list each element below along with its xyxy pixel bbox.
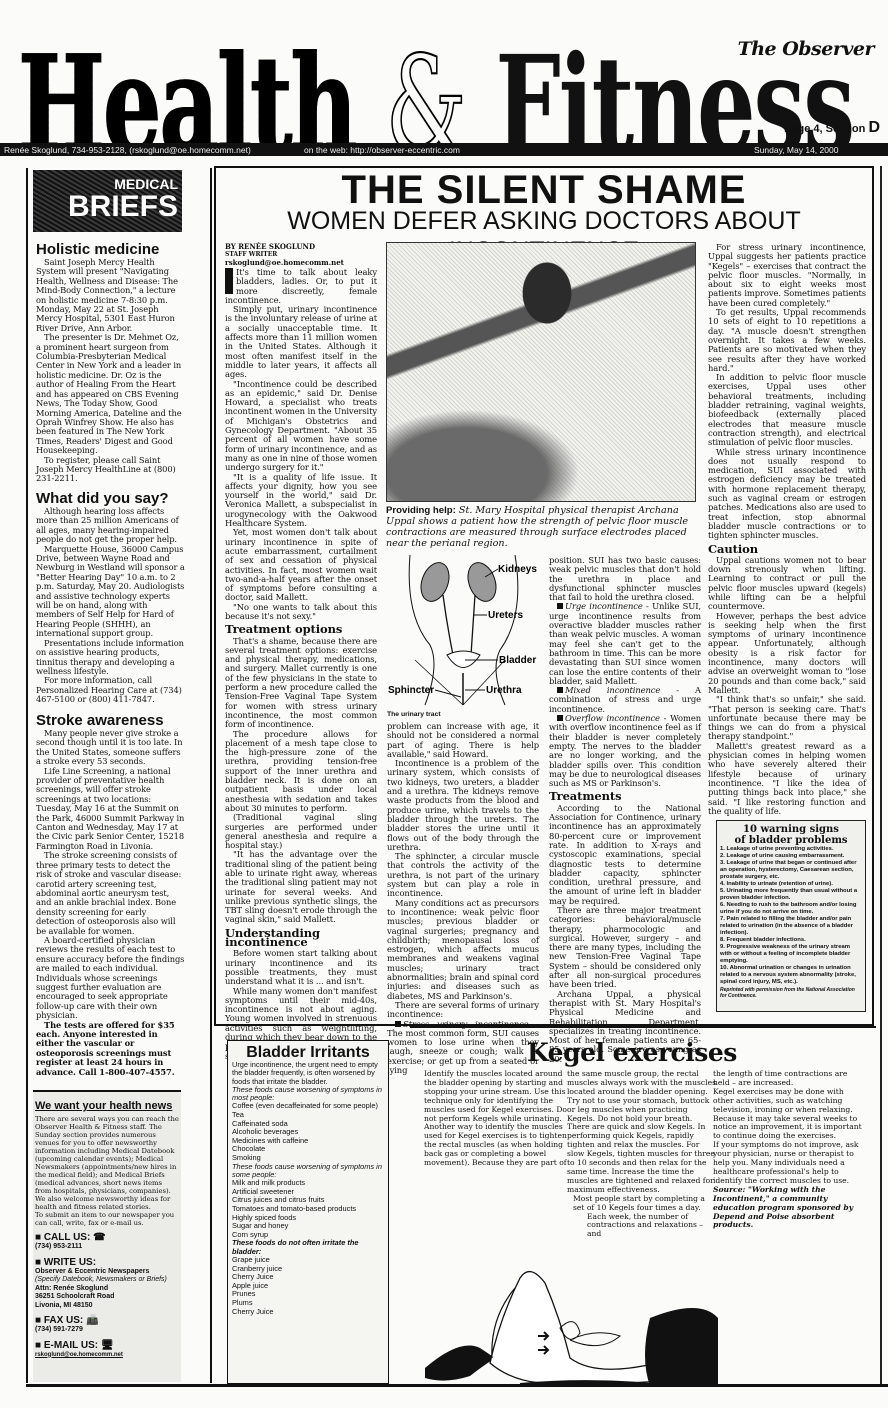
diagram-label-bladder: Bladder (499, 655, 536, 666)
brief-paragraph: Marquette House, 36000 Campus Drive, bet… (36, 545, 186, 639)
irritants-group-label: These foods cause worsening of symptoms … (232, 1163, 384, 1180)
warning-sign-item: 4. Inability to urinate (retention of ur… (720, 881, 862, 888)
article-paragraph: - Women with overflow incontinence feel … (549, 713, 701, 788)
article-paragraph: position. SUI has two basic causes: weak… (549, 556, 701, 602)
article-paragraph: There are three major treatment categori… (549, 906, 701, 990)
article-lead: It's time to talk about leaky bladders, … (225, 267, 377, 305)
non-irritant-item: Cherry Juice (232, 1308, 384, 1317)
banner-briefs: BRIEFS (33, 192, 178, 222)
article-paragraph: However, perhaps the best advice is seek… (708, 612, 866, 696)
write-us-line: (Specify Datebook, Newsmakers or Briefs) (33, 1276, 181, 1285)
irritants-group-label: These foods do not often irritate the bl… (232, 1239, 384, 1256)
bullet-square-icon (395, 1021, 401, 1027)
kegel-paragraph: If your symptoms do not improve, ask you… (713, 1141, 863, 1186)
write-us-line: Observer & Eccentric Newspapers (33, 1268, 181, 1277)
therapist-patient-photo (386, 242, 696, 502)
article-column-2: problem can increase with age, it should… (387, 722, 539, 1075)
email-us-label: ■ E-MAIL US: 🖥 (33, 1340, 181, 1351)
write-us-line: 36251 Schoolcraft Road (33, 1293, 181, 1302)
call-us-number[interactable]: (734) 953-2111 (33, 1243, 181, 1252)
brief-paragraph: Life Line Screening, a national provider… (36, 767, 186, 852)
editor-contact: Renée Skoglund, 734-953-2128, (rskoglund… (4, 145, 304, 155)
brief-paragraph: Presentations include information on ass… (36, 639, 186, 677)
section-title-ampersand: & (385, 28, 465, 183)
kegel-paragraph: the same muscle group, the rectal muscle… (567, 1070, 717, 1097)
bladder-irritants-box: Bladder Irritants Urge incontinence, the… (227, 1040, 389, 1384)
byline-author: BY RENÉE SKOGLUND (225, 243, 344, 251)
brief-paragraph: Although hearing loss affects more than … (36, 507, 186, 545)
issue-date: Sunday, May 14, 2000 (754, 145, 838, 155)
kegel-title: Kegel exercises (527, 1038, 737, 1067)
byline: BY RENÉE SKOGLUND STAFF WRITER rskoglund… (225, 243, 344, 267)
article-paragraph: That's a shame, because there are severa… (225, 637, 377, 730)
diagram-label-kidneys: Kidneys (498, 564, 537, 575)
article-paragraph: In addition to pelvic floor muscle exerc… (708, 373, 866, 447)
brief-what-did-you-say: What did you say? Although hearing loss … (36, 490, 186, 705)
phone-icon: ☎ (93, 1232, 105, 1243)
warning-sign-item: 6. Needing to rush to the bathroom and/o… (720, 902, 862, 916)
kegel-section-rule (410, 1026, 876, 1028)
page-section: Page 4, Section D (784, 119, 880, 137)
fax-icon: 📠 (86, 1315, 98, 1326)
brief-paragraph: Saint Joseph Mercy Health System will pr… (36, 258, 186, 333)
write-us-line: Livonia, MI 48150 (33, 1302, 181, 1311)
warning-sign-item: 10. Abnormal urination or changes in uri… (720, 965, 862, 986)
diagram-label-urethra: Urethra (486, 685, 522, 696)
kegel-column-3: the length of time contractions are held… (713, 1070, 863, 1230)
website-link[interactable]: on the web: http://observer-eccentric.co… (304, 145, 754, 155)
kegel-paragraph: Try not to use your stomach, buttock or … (567, 1097, 717, 1124)
kegel-paragraph: the length of time contractions are held… (713, 1070, 863, 1088)
photo-caption: Providing help: St. Mary Hospital physic… (386, 505, 706, 549)
brief-paragraph: A board-certified physician reviews the … (36, 936, 186, 1021)
article-paragraph: "It has the advantage over the tradition… (225, 850, 377, 924)
fax-us-number: (734) 591-7279 (33, 1326, 181, 1335)
kegel-paragraph: Another way to identify the muscles used… (424, 1123, 574, 1168)
article-paragraph: Simply put, urinary incontinence is the … (225, 305, 377, 379)
kegel-column-2: the same muscle group, the rectal muscle… (567, 1070, 717, 1239)
news-box-text: We also welcome newsworthy ideas for hea… (33, 1195, 181, 1211)
news-box-text: There are several ways you can reach the… (33, 1115, 181, 1195)
article-paragraph: (Traditional vaginal sling surgeries are… (225, 813, 377, 850)
kegel-paragraph: Because it may take several weeks to not… (713, 1115, 863, 1142)
subheading-understanding-incontinence: Understanding incontinence (225, 929, 377, 948)
bullet-square-icon (557, 603, 563, 609)
article-paragraph: Incontinence is a problem of the urinary… (387, 759, 539, 852)
info-bar: Renée Skoglund, 734-953-2128, (rskoglund… (0, 143, 888, 156)
kegel-source: Source: "Working with the Incontinent," … (713, 1186, 863, 1231)
diagram-label-sphincter: Sphincter (388, 685, 434, 696)
brief-paragraph: The presenter is Dr. Mehmet Oz, a promin… (36, 333, 186, 455)
article-paragraph: "No one wants to talk about this because… (225, 603, 377, 622)
kegel-paragraph: Kegel exercises may be done with other a… (713, 1088, 863, 1115)
article-paragraph: "I think that's so unfair," she said. "T… (708, 695, 866, 741)
page-bottom-rule (26, 1384, 888, 1387)
article-column-1: It's time to talk about leaky bladders, … (225, 268, 377, 1070)
bullet-square-icon (557, 715, 563, 721)
warning-signs-source: Reprinted with permission from the Natio… (720, 987, 862, 999)
brief-heading: Holistic medicine (36, 241, 186, 258)
subheading-treatment-options: Treatment options (225, 625, 377, 634)
subheading-caution: Caution (708, 545, 866, 554)
kegel-illustration (420, 1258, 720, 1386)
article-paragraph: - Unlike SUI, urge incontinence results … (549, 601, 701, 685)
drop-cap (225, 268, 233, 294)
kegel-column-1: Identify the muscles located around the … (424, 1070, 574, 1168)
fax-us-label: ■ FAX US: 📠 (33, 1315, 181, 1326)
article-paragraph: While stress urinary incontinence does n… (708, 448, 866, 541)
newspaper-name: The Observer (738, 38, 874, 60)
article-paragraph: Yet, most women don't talk about urinary… (225, 528, 377, 602)
brief-heading: What did you say? (36, 490, 186, 507)
brief-heading: Stroke awareness (36, 712, 186, 729)
kegel-paragraph: Each week, the number of contractions an… (567, 1213, 717, 1240)
article-paragraph: Before women start talking about urinary… (225, 949, 377, 986)
article-column-4: For stress urinary incontinence, Uppal s… (708, 243, 866, 816)
article-paragraph: Uppal cautions women not to bear down st… (708, 556, 866, 612)
computer-icon: 🖥 (101, 1340, 114, 1351)
brief-paragraph: The tests are offered for $35 each. Anyo… (36, 1021, 186, 1077)
article-paragraph: The sphincter, a circular muscle that co… (387, 852, 539, 898)
kegel-paragraph: There are quick and slow Kegels. In perf… (567, 1123, 717, 1194)
urinary-tract-diagram: Kidneys Ureters Bladder Urethra Sphincte… (385, 555, 545, 710)
byline-email[interactable]: rskoglund@oe.homecomm.net (225, 259, 344, 267)
warning-signs-list: 1. Leakage of urine preventing activitie… (720, 846, 862, 986)
warning-sign-item: 7. Pain related to filling the bladder a… (720, 916, 862, 937)
kegel-paragraph: Most people start by completing a set of… (567, 1195, 717, 1213)
page-right-border (880, 166, 882, 1386)
article-paragraph: For stress urinary incontinence, Uppal s… (708, 243, 866, 308)
warning-sign-item: 8. Frequent bladder infections. (720, 937, 862, 944)
brief-holistic-medicine: Holistic medicine Saint Joseph Mercy Hea… (36, 241, 186, 484)
article-paragraph: According to the National Association fo… (549, 804, 701, 906)
article-paragraph: problem can increase with age, it should… (387, 722, 539, 759)
warning-sign-item: 5. Urinating more frequently than usual … (720, 888, 862, 902)
brief-paragraph: For more information, call Personalized … (36, 676, 186, 704)
kegel-paragraph: Identify the muscles located around the … (424, 1070, 574, 1123)
news-box-heading: We want your health news (35, 1100, 181, 1112)
article-paragraph: To get results, Uppal recommends 10 sets… (708, 308, 866, 373)
brief-paragraph: To register, please call Saint Joseph Me… (36, 456, 186, 484)
diagram-label-ureters: Ureters (488, 610, 523, 621)
article-paragraph: "Incontinence could be described as an e… (225, 380, 377, 473)
article-column-3: position. SUI has two basic causes: weak… (549, 556, 701, 1064)
call-us-label: ■ CALL US: ☎ (33, 1232, 181, 1243)
irritants-title: Bladder Irritants (232, 1044, 384, 1061)
news-box-text: To submit an item to our newspaper you c… (33, 1211, 181, 1227)
email-us-address[interactable]: rskoglund@oe.homecomm.net (33, 1351, 181, 1360)
page-label: Page 4, Section (784, 123, 865, 135)
write-us-label: ■ WRITE US: (33, 1257, 181, 1268)
write-us-line: Attn: Renée Skoglund (33, 1285, 181, 1294)
non-irritant-item: Prunes (232, 1290, 384, 1299)
section-title-health: Health (18, 26, 355, 183)
bullet-square-icon (557, 687, 563, 693)
irritant-item: Coffee (even decaffeinated for some peop… (232, 1102, 384, 1111)
subheading-treatments: Treatments (549, 792, 701, 801)
brief-paragraph: Many people never give stroke a second t… (36, 729, 186, 767)
brief-paragraph: The stroke screening consists of three p… (36, 851, 186, 936)
warning-sign-item: 3. Leakage of urine that began or contin… (720, 860, 862, 881)
irritants-group-label: These foods cause worsening of symptoms … (232, 1086, 384, 1103)
article-paragraph: There are several forms of urinary incon… (387, 1001, 539, 1020)
warning-sign-item: 2. Leakage of urine causing embarrassmen… (720, 853, 862, 860)
article-paragraph: Many conditions act as precursors to inc… (387, 899, 539, 1001)
medical-briefs-banner: MEDICAL BRIEFS (33, 170, 182, 232)
irritants-intro: Urge incontinence, the urgent need to em… (232, 1061, 384, 1086)
health-news-submission-box: We want your health news There are sever… (33, 1090, 181, 1382)
warning-sign-item: 9. Progressive weakness of the urinary s… (720, 944, 862, 965)
warning-signs-title-1: 10 warning signs (720, 824, 862, 835)
article-paragraph: "It is a quality of life issue. It affec… (225, 473, 377, 529)
photo-caption-label: Providing help: (386, 505, 456, 516)
warning-signs-title-2: of bladder problems (720, 835, 862, 846)
brief-stroke-awareness: Stroke awareness Many people never give … (36, 712, 186, 1077)
warning-signs-box: 10 warning signs of bladder problems 1. … (716, 820, 866, 1012)
warning-sign-item: 1. Leakage of urine preventing activitie… (720, 846, 862, 853)
article-paragraph: The procedure allows for placement of a … (225, 730, 377, 814)
diagram-caption: The urinary tract (387, 711, 441, 718)
article-paragraph: Mallett's greatest reward as a physician… (708, 742, 866, 816)
section-letter: D (868, 119, 880, 136)
